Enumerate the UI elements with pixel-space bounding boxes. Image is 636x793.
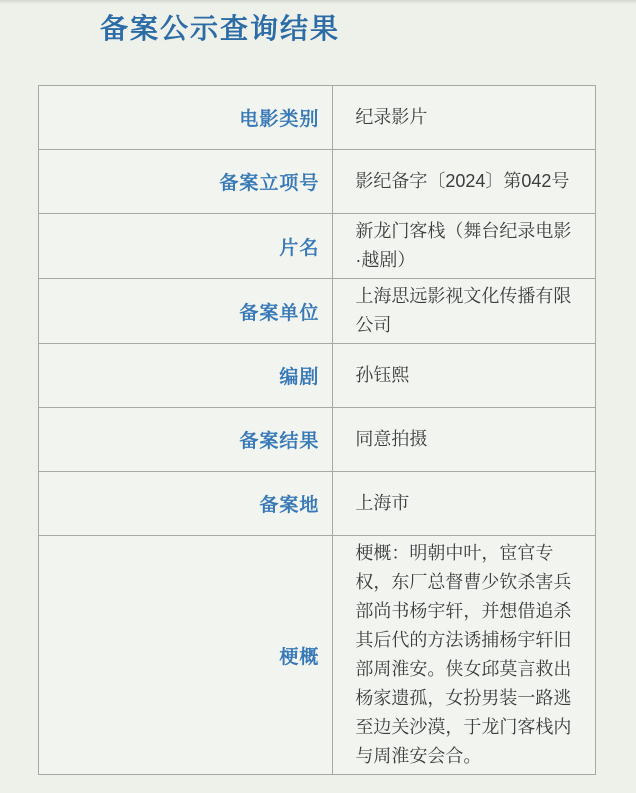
table-row: 备案立项号 影纪备字〔2024〕第042号 xyxy=(39,150,596,214)
table-row: 电影类别 纪录影片 xyxy=(39,86,596,150)
row-value: 影纪备字〔2024〕第042号 xyxy=(333,150,596,214)
row-label: 备案立项号 xyxy=(39,150,333,214)
row-value: 同意拍摄 xyxy=(333,408,596,472)
row-value: 上海市 xyxy=(333,472,596,536)
row-value: 梗概：明朝中叶，宦官专权，东厂总督曹少钦杀害兵部尚书杨宇轩，并想借追杀其后代的方… xyxy=(333,536,596,775)
table-row: 片名 新龙门客栈（舞台纪录电影·越剧） xyxy=(39,214,596,279)
page-title: 备案公示查询结果 xyxy=(100,11,340,47)
row-label: 备案单位 xyxy=(39,279,333,344)
table-row: 备案地 上海市 xyxy=(39,472,596,536)
row-value: 纪录影片 xyxy=(333,86,596,150)
row-label: 备案结果 xyxy=(39,408,333,472)
table-row: 编剧 孙钰熙 xyxy=(39,344,596,408)
registration-result-table: 电影类别 纪录影片 备案立项号 影纪备字〔2024〕第042号 片名 新龙门客栈… xyxy=(38,85,596,775)
table-row: 备案单位 上海思远影视文化传播有限公司 xyxy=(39,279,596,344)
row-value: 上海思远影视文化传播有限公司 xyxy=(333,279,596,344)
row-label: 梗概 xyxy=(39,536,333,775)
table-row-synopsis: 梗概 梗概：明朝中叶，宦官专权，东厂总督曹少钦杀害兵部尚书杨宇轩，并想借追杀其后… xyxy=(39,536,596,775)
row-label: 编剧 xyxy=(39,344,333,408)
table-row: 备案结果 同意拍摄 xyxy=(39,408,596,472)
row-label: 片名 xyxy=(39,214,333,279)
row-value: 新龙门客栈（舞台纪录电影·越剧） xyxy=(333,214,596,279)
page-top-edge xyxy=(0,0,636,4)
row-value: 孙钰熙 xyxy=(333,344,596,408)
row-label: 备案地 xyxy=(39,472,333,536)
row-label: 电影类别 xyxy=(39,86,333,150)
